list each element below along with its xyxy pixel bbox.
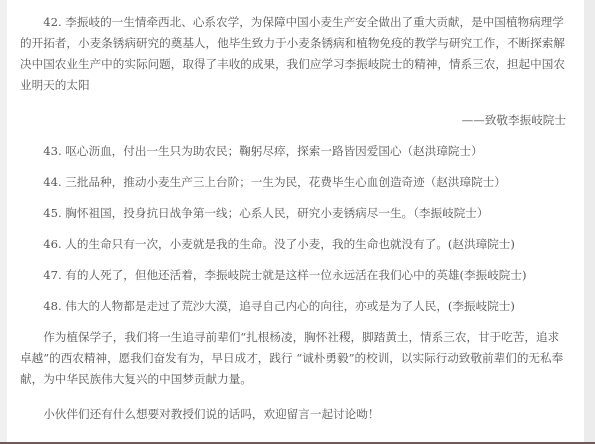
article-body: 42. 李振岐的一生情牵西北、心系农学，为保障中国小麦生产安全做出了重大贡献，是…: [20, 12, 568, 425]
intro-paragraph: 42. 李振岐的一生情牵西北、心系农学，为保障中国小麦生产安全做出了重大贡献，是…: [20, 12, 568, 96]
right-scroll-strip: [584, 0, 595, 442]
list-item: 44. 三批品种，推动小麦生产三上台阶；一生为民，花费毕生心血创造奇迹（赵洪璋院…: [20, 172, 568, 193]
list-item: 45. 胸怀祖国，投身抗日战争第一线；心系人民，研究小麦锈病尽一生。（李振岐院士…: [20, 203, 568, 224]
list-item: 47. 有的人死了，但他还活着，李振岐院士就是这样一位永远活在我们心中的英雄(李…: [20, 265, 568, 286]
comment-prompt: 小伙伴们还有什么想要对教授们说的话吗，欢迎留言一起讨论呦！: [20, 404, 568, 425]
signature: ——致敬李振岐院士: [20, 110, 568, 131]
cut-off-text: · · · · · ·: [500, 0, 549, 4]
list-item: 46. 人的生命只有一次，小麦就是我的生命。没了小麦，我的生命也就没有了。(赵洪…: [20, 234, 568, 255]
closing-paragraph: 作为植保学子，我们将一生追寻前辈们“扎根杨凌，胸怀社稷，脚踏黄土，情系三农，甘于…: [20, 327, 568, 390]
list-item: 48. 伟大的人物都是走过了荒沙大漠，追寻自己内心的向往，亦或是为了人民，(李振…: [20, 296, 568, 317]
list-item: 43. 呕心沥血，付出一生只为助农民；鞠躬尽瘁，探索一路皆因爱国心（赵洪璋院士）: [20, 141, 568, 162]
